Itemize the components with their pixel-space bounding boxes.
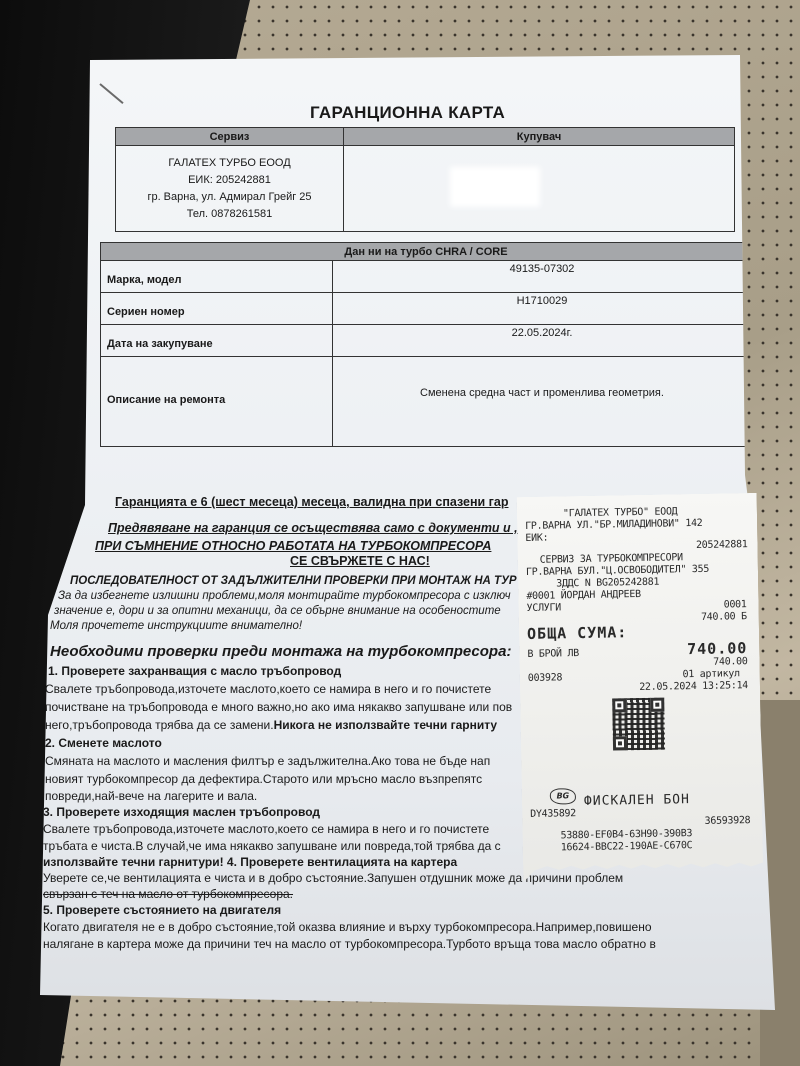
receipt-article-count: 01 артикул bbox=[682, 668, 739, 680]
sequence-line: За да избегнете излишни проблеми,моля мо… bbox=[58, 590, 511, 602]
receipt-total-label: ОБЩА СУМА: bbox=[527, 623, 628, 643]
check-1-line: Свалете тръбопровода,източете маслото,ко… bbox=[45, 682, 491, 696]
check-2-title: 2. Сменете маслото bbox=[45, 736, 162, 750]
sequence-heading: ПОСЛЕДОВАТЕЛНОСТ ОТ ЗАДЪЛЖИТЕЛНИ ПРОВЕРК… bbox=[70, 575, 517, 587]
row-value: 49135-07302 bbox=[333, 261, 752, 293]
check-5-line: Когато двигателя не е в добро състояние,… bbox=[43, 920, 652, 934]
check-1-text: него,тръбопровода трябва да се замени. bbox=[45, 718, 274, 732]
receipt-item-code: 0001 bbox=[724, 599, 747, 610]
service-name: ГАЛАТЕХ ТУРБО ЕООД bbox=[122, 155, 337, 172]
buyer-header: Купувач bbox=[344, 128, 735, 146]
receipt-eik-label: ЕИК: bbox=[525, 533, 548, 544]
check-2-line: Смяната на маслото и масления филтър е з… bbox=[45, 754, 490, 768]
check-3-bold-line: използвайте течни гарнитури! 4. Проверет… bbox=[43, 855, 457, 869]
table-row: Описание на ремонта Сменена средна част … bbox=[101, 357, 752, 447]
check-3-line: Свалете тръбопровода,източете маслото,ко… bbox=[43, 822, 489, 836]
receipt-eik-value: 205242881 bbox=[696, 539, 748, 551]
service-header: Сервиз bbox=[116, 128, 344, 146]
fiscal-receipt: "ГАЛАТЕХ ТУРБО" ЕООД ГР.ВАРНА УЛ."БР.МИЛ… bbox=[517, 493, 764, 882]
table-row: Сериен номер H1710029 bbox=[101, 293, 752, 325]
service-phone: Тел. 0878261581 bbox=[122, 206, 337, 223]
check-1-line: почистване на тръбопровода е много важно… bbox=[45, 700, 512, 714]
check-5-title: 5. Проверете състоянието на двигателя bbox=[43, 903, 281, 917]
receipt-merchant: "ГАЛАТЕХ ТУРБО" ЕООД bbox=[563, 506, 678, 519]
row-label: Дата на закупуване bbox=[101, 325, 333, 357]
qr-code bbox=[612, 698, 665, 751]
doubt-notice-line2: СЕ СВЪРЖЕТЕ С НАС! bbox=[290, 554, 430, 568]
check-1-bold-warning: Никога не използвайте течни гарниту bbox=[274, 718, 498, 732]
table-row: Марка, модел 49135-07302 bbox=[101, 261, 752, 293]
receipt-paid-value: 740.00 bbox=[713, 656, 748, 668]
service-address: гр. Варна, ул. Адмирал Грейг 25 bbox=[122, 189, 337, 206]
receipt-code1: 53880-EF0B4-63H90-390B3 bbox=[560, 828, 692, 841]
check-3-title: 3. Проверете изходящия маслен тръбопрово… bbox=[43, 805, 320, 819]
receipt-number: 003928 bbox=[528, 672, 563, 684]
row-value: 22.05.2024г. bbox=[333, 325, 752, 357]
receipt-item-price: 740.00 Б bbox=[701, 611, 747, 623]
turbo-data-header: Дан ни на турбо CHRA / CORE bbox=[101, 243, 752, 261]
row-value: H1710029 bbox=[333, 293, 752, 325]
qr-finder bbox=[650, 698, 664, 712]
warranty-period: Гаранцията е 6 (шест месеца) месеца, вал… bbox=[115, 495, 508, 509]
receipt-payment-label: В БРОЙ ЛВ bbox=[527, 648, 579, 660]
receipt-fiscal-no: 36593928 bbox=[704, 815, 750, 827]
row-label: Сериен номер bbox=[101, 293, 333, 325]
checks-heading: Необходими проверки преди монтажа на тур… bbox=[50, 643, 511, 660]
service-details: ГАЛАТЕХ ТУРБО ЕООД ЕИК: 205242881 гр. Ва… bbox=[116, 146, 344, 232]
staple-mark bbox=[99, 83, 123, 104]
check-5-line: налягане в картера може да причини теч н… bbox=[43, 937, 656, 951]
qr-finder bbox=[613, 736, 627, 750]
receipt-datetime: 22.05.2024 13:25:14 bbox=[639, 680, 748, 693]
turbo-data-table: Дан ни на турбо CHRA / CORE Марка, модел… bbox=[100, 242, 752, 447]
check-2-line: повреди,най-вече на лагерите и вала. bbox=[45, 789, 257, 803]
warranty-presentation: Предявяване на гаранция се осъществява с… bbox=[108, 521, 518, 535]
receipt-vat: ЗДДС N BG205242881 bbox=[556, 577, 659, 590]
doubt-notice-line1: ПРИ СЪМНЕНИЕ ОТНОСНО РАБОТАТА НА ТУРБОКО… bbox=[95, 539, 491, 553]
parties-table: Сервиз Купувач ГАЛАТЕХ ТУРБО ЕООД ЕИК: 2… bbox=[115, 127, 735, 232]
row-label: Описание на ремонта bbox=[101, 357, 333, 447]
check-3-line: тръбата е чиста.В случай,че има някакво … bbox=[43, 839, 501, 853]
service-eik: ЕИК: 205242881 bbox=[122, 172, 337, 189]
receipt-code2: 16624-BBC22-190AE-C670C bbox=[561, 840, 693, 853]
redacted-buyer bbox=[450, 167, 540, 207]
row-label: Марка, модел bbox=[101, 261, 333, 293]
warranty-title: ГАРАНЦИОННА КАРТА bbox=[310, 103, 505, 123]
receipt-device-id: DY435892 bbox=[530, 808, 576, 820]
check-2-line: новият турбокомпресор да дефектира.Старо… bbox=[45, 772, 482, 786]
receipt-operator: #0001 ЙОРДАН АНДРЕЕВ bbox=[526, 589, 641, 602]
check-4-line: свързан с теч на масло от турбокомпресор… bbox=[43, 887, 293, 901]
receipt-address2: ГР.ВАРНА БУЛ."Ц.ОСВОБОДИТЕЛ" 355 bbox=[526, 564, 709, 578]
table-row: Дата на закупуване 22.05.2024г. bbox=[101, 325, 752, 357]
check-1-line: него,тръбопровода трябва да се замени.Ни… bbox=[45, 718, 497, 732]
qr-finder bbox=[612, 698, 626, 712]
row-value: Сменена средна част и променлива геометр… bbox=[333, 357, 752, 447]
bg-map-icon: BG bbox=[550, 788, 576, 804]
check-1-title: 1. Проверете захранващия с масло тръбопр… bbox=[48, 664, 341, 678]
receipt-item-name: УСЛУГИ bbox=[527, 602, 562, 614]
receipt-address1: ГР.ВАРНА УЛ."БР.МИЛАДИНОВИ" 142 bbox=[525, 518, 703, 532]
sequence-line: значение е, дори и за опитни механици, д… bbox=[54, 605, 501, 617]
receipt-fiscal-label: ФИСКАЛЕН БОН bbox=[584, 792, 690, 809]
sequence-line: Моля прочетете инструкциите внимателно! bbox=[50, 620, 302, 632]
buyer-details bbox=[344, 146, 735, 232]
check-4-text: свързан с теч на масло от турбокомпресор… bbox=[43, 887, 293, 901]
check-4-line: Уверете се,че вентилацията е чиста и в д… bbox=[43, 871, 623, 885]
